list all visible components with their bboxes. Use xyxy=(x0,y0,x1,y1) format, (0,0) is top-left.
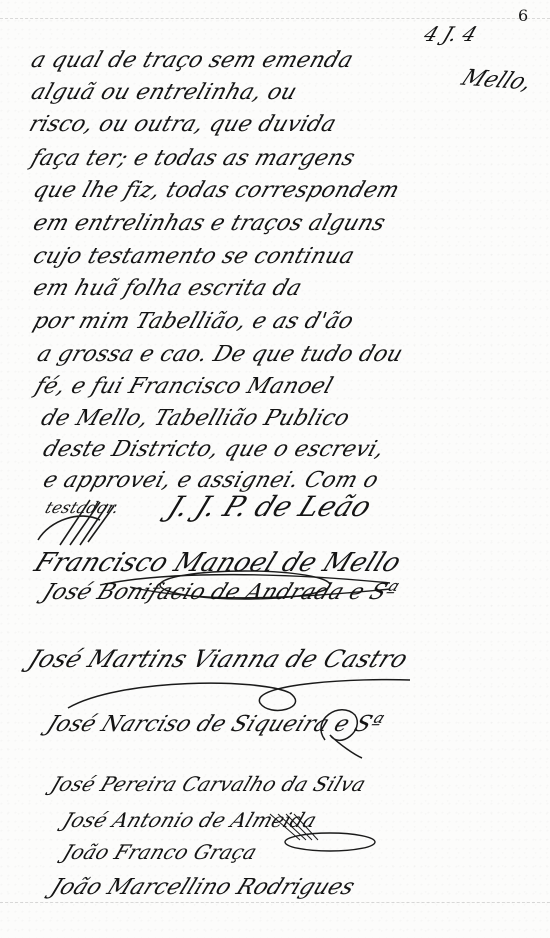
body-line: por mim Tabellião, e as d'ão xyxy=(30,309,357,334)
margin-name: Mello, xyxy=(457,66,537,96)
page-number: 6 xyxy=(518,6,528,25)
signature-witness: José Antonio de Almeida xyxy=(60,808,321,832)
body-line: faça ter; e todas as margens xyxy=(28,146,358,171)
signature-witness: João Marcellino Rodrigues xyxy=(47,875,359,900)
signature-testator: J. J. P. de Leão xyxy=(163,490,376,523)
signature-witness: José Narciso de Siqueira e Sª xyxy=(43,712,387,737)
body-line: fé, e fui Francisco Manoel xyxy=(32,374,336,399)
scan-artifact-bottom xyxy=(0,902,550,903)
signature-witness: João Franco Graça xyxy=(60,840,261,864)
body-line: em huã folha escrita da xyxy=(30,276,305,301)
body-line: alguã ou entrelinha, ou xyxy=(28,80,300,105)
body-line: de Mello, Tabellião Publico xyxy=(38,406,353,431)
signature-notary: Francisco Manoel de Mello xyxy=(30,548,406,578)
body-line: cujo testamento se continua xyxy=(30,244,358,269)
document-page: 6 4 J. 4 Mello, a qual de traço sem emen… xyxy=(0,0,550,938)
signature-witness: José Martins Vianna de Castro xyxy=(24,645,412,673)
body-line: risco, ou outra, que duvida xyxy=(26,112,339,137)
signature-witness: José Pereira Carvalho da Silva xyxy=(48,772,370,796)
scan-artifact-top xyxy=(0,18,550,19)
witness-flourish-icon xyxy=(60,668,420,718)
body-line: deste Districto, que o escrevi, xyxy=(40,437,387,462)
body-line: que lhe fiz, todas correspondem xyxy=(30,178,403,203)
folio-note: 4 J. 4 xyxy=(421,22,481,46)
body-line: em entrelinhas e traços alguns xyxy=(30,211,389,236)
body-line: a qual de traço sem emenda xyxy=(28,48,356,73)
signature-witness: José Bonifacio de Andrada e Sª xyxy=(39,580,402,605)
body-line: a grossa e cao. De que tudo dou xyxy=(34,342,406,367)
body-line: testador. xyxy=(43,498,123,517)
